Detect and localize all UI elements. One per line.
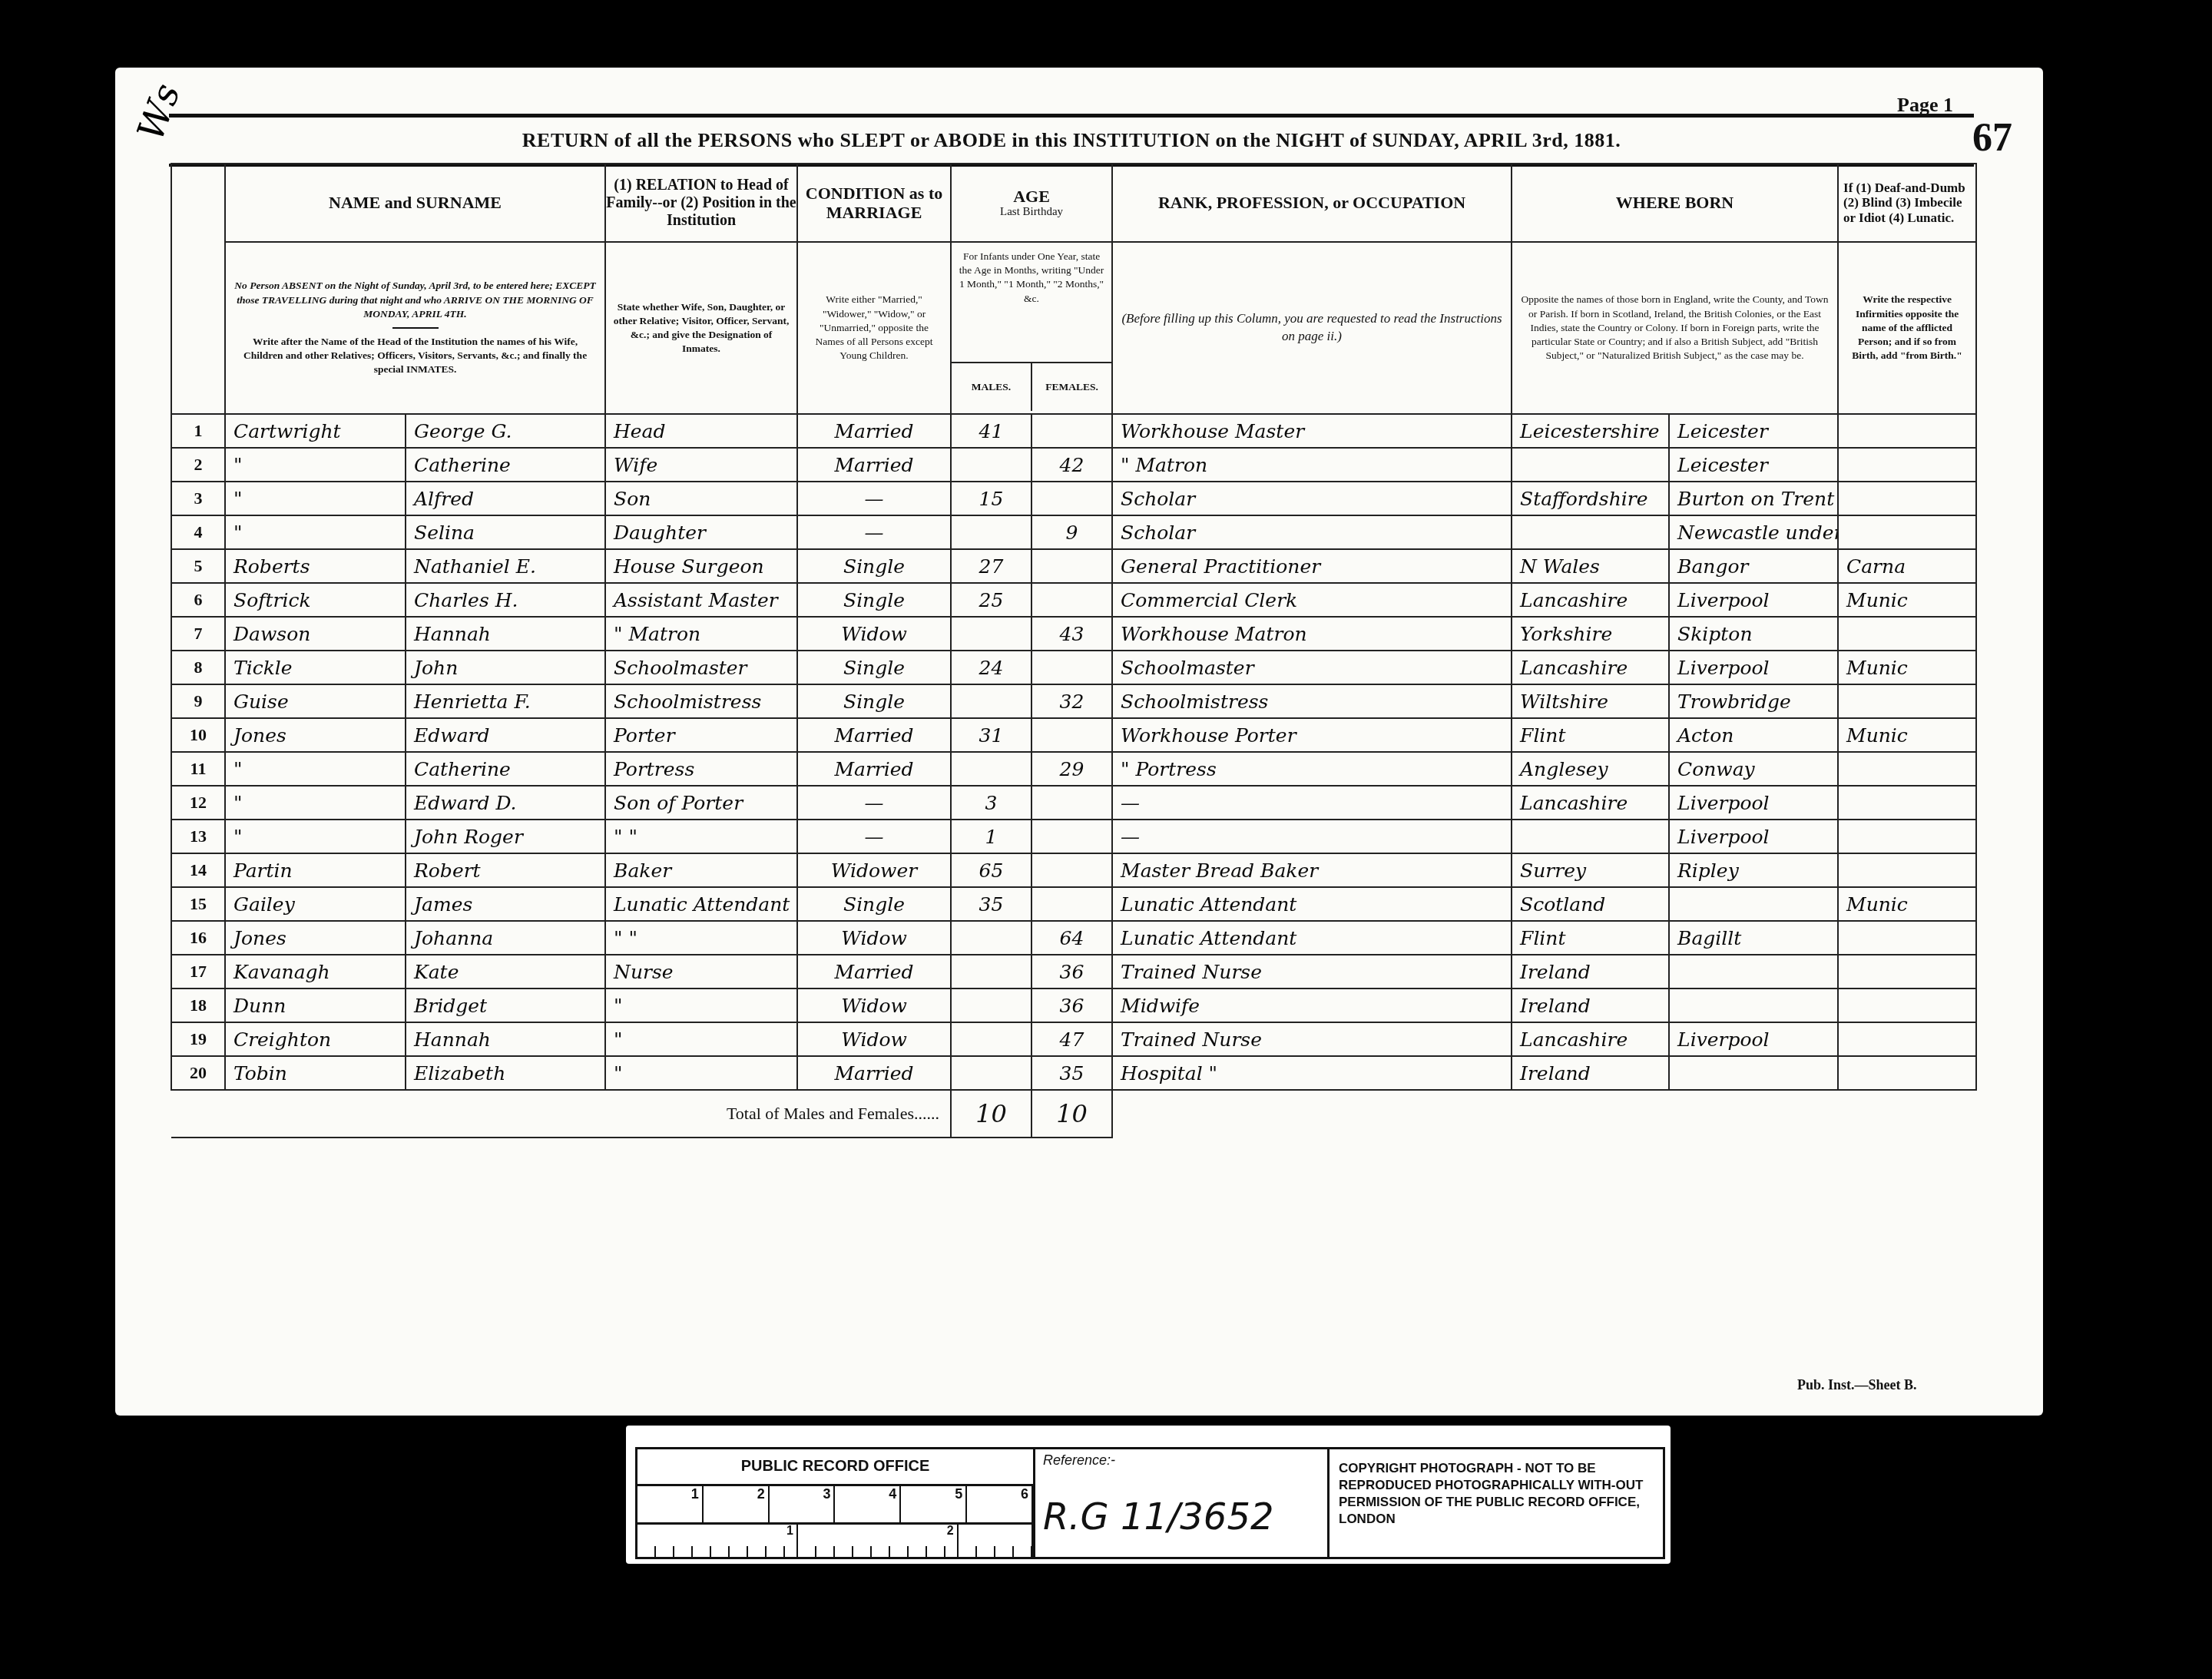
age-female-cell: 36 xyxy=(1031,955,1112,989)
surname-cell: " xyxy=(225,786,406,820)
birth-county-cell: Leicestershire xyxy=(1512,414,1669,448)
row-number: 9 xyxy=(171,684,225,718)
age-female-cell xyxy=(1031,718,1112,752)
age-female-cell: 47 xyxy=(1031,1022,1112,1056)
condition-cell: Widow xyxy=(797,617,951,651)
age-female-cell: 32 xyxy=(1031,684,1112,718)
condition-cell: — xyxy=(797,820,951,853)
infirmity-cell: Munic xyxy=(1838,718,1976,752)
condition-cell: Widow xyxy=(797,1022,951,1056)
birth-county-cell: Staffordshire xyxy=(1512,482,1669,515)
age-male-cell: 27 xyxy=(951,549,1031,583)
forename-cell: Henrietta F. xyxy=(406,684,605,718)
birth-county-cell: Lancashire xyxy=(1512,786,1669,820)
infirmity-cell xyxy=(1838,955,1976,989)
relation-cell: Son of Porter xyxy=(605,786,797,820)
scale-tick: 3 xyxy=(770,1486,836,1522)
condition-cell: — xyxy=(797,515,951,549)
occupation-cell: Trained Nurse xyxy=(1112,955,1512,989)
age-title: AGE xyxy=(952,187,1111,206)
row-number: 1 xyxy=(171,414,225,448)
infirmity-cell: Munic xyxy=(1838,583,1976,617)
forename-cell: Elizabeth xyxy=(406,1056,605,1090)
surname-cell: Dawson xyxy=(225,617,406,651)
age-female-cell: 64 xyxy=(1031,921,1112,955)
ruler-tick xyxy=(959,1525,1033,1557)
age-subtitle: Last Birthday xyxy=(952,206,1111,219)
age-male-cell xyxy=(951,684,1031,718)
age-male-cell xyxy=(951,752,1031,786)
age-female-cell: 43 xyxy=(1031,617,1112,651)
age-female-cell: 42 xyxy=(1031,448,1112,482)
surname-cell: Gailey xyxy=(225,887,406,921)
header-infirmities: If (1) Deaf-and-Dumb (2) Blind (3) Imbec… xyxy=(1838,164,1976,242)
total-females: 10 xyxy=(1031,1090,1112,1138)
table-row: 18DunnBridget"Widow36MidwifeIreland xyxy=(171,989,1976,1022)
row-number: 12 xyxy=(171,786,225,820)
surname-cell: " xyxy=(225,515,406,549)
scale-tick: 1 xyxy=(637,1486,704,1522)
occupation-cell: Hospital " xyxy=(1112,1056,1512,1090)
occupation-cell: Scholar xyxy=(1112,482,1512,515)
occupation-cell: " Matron xyxy=(1112,448,1512,482)
age-male-cell xyxy=(951,921,1031,955)
row-number: 5 xyxy=(171,549,225,583)
occupation-cell: — xyxy=(1112,786,1512,820)
instructions-age: For Infants under One Year, state the Ag… xyxy=(951,242,1112,414)
age-female-cell xyxy=(1031,853,1112,887)
condition-cell: Married xyxy=(797,718,951,752)
age-female-cell xyxy=(1031,786,1112,820)
forename-cell: James xyxy=(406,887,605,921)
age-female-cell xyxy=(1031,414,1112,448)
row-number: 3 xyxy=(171,482,225,515)
header-relation: (1) RELATION to Head of Family--or (2) P… xyxy=(605,164,797,242)
occupation-cell: Schoolmistress xyxy=(1112,684,1512,718)
instruction-age-text: For Infants under One Year, state the Ag… xyxy=(952,245,1111,362)
relation-cell: Schoolmistress xyxy=(605,684,797,718)
relation-cell: Schoolmaster xyxy=(605,651,797,684)
birth-county-cell: Ireland xyxy=(1512,989,1669,1022)
birth-county-cell xyxy=(1512,820,1669,853)
birth-town-cell: Trowbridge xyxy=(1669,684,1838,718)
birth-town-cell xyxy=(1669,955,1838,989)
instruction-name-absent: No Person ABSENT on the Night of Sunday,… xyxy=(232,279,598,321)
relation-cell: House Surgeon xyxy=(605,549,797,583)
forename-cell: George G. xyxy=(406,414,605,448)
birth-county-cell: Anglesey xyxy=(1512,752,1669,786)
age-male-cell: 25 xyxy=(951,583,1031,617)
surname-cell: Tobin xyxy=(225,1056,406,1090)
forename-cell: Catherine xyxy=(406,448,605,482)
surname-cell: Tickle xyxy=(225,651,406,684)
condition-cell: Married xyxy=(797,752,951,786)
condition-cell: Married xyxy=(797,414,951,448)
surname-cell: " xyxy=(225,820,406,853)
age-female-cell xyxy=(1031,583,1112,617)
surname-cell: Partin xyxy=(225,853,406,887)
header-age: AGE Last Birthday xyxy=(951,164,1112,242)
infirmity-cell xyxy=(1838,853,1976,887)
occupation-cell: Workhouse Master xyxy=(1112,414,1512,448)
row-number: 8 xyxy=(171,651,225,684)
table-row: 9GuiseHenrietta F.SchoolmistressSingle32… xyxy=(171,684,1976,718)
condition-cell: Widow xyxy=(797,989,951,1022)
age-female-cell: 36 xyxy=(1031,989,1112,1022)
age-male-cell: 35 xyxy=(951,887,1031,921)
table-row: 16JonesJohanna" "Widow64Lunatic Attendan… xyxy=(171,921,1976,955)
birth-county-cell: Ireland xyxy=(1512,1056,1669,1090)
age-female-cell xyxy=(1031,887,1112,921)
surname-cell: Creighton xyxy=(225,1022,406,1056)
relation-cell: Daughter xyxy=(605,515,797,549)
infirmity-cell xyxy=(1838,786,1976,820)
table-row: 2"CatherineWifeMarried42" MatronLeiceste… xyxy=(171,448,1976,482)
row-number: 19 xyxy=(171,1022,225,1056)
surname-cell: Jones xyxy=(225,921,406,955)
birth-town-cell xyxy=(1669,887,1838,921)
header-where-born: WHERE BORN xyxy=(1512,164,1838,242)
occupation-cell: Lunatic Attendant xyxy=(1112,921,1512,955)
infirmity-cell xyxy=(1838,617,1976,651)
header-condition: CONDITION as to MARRIAGE xyxy=(797,164,951,242)
birth-county-cell: Flint xyxy=(1512,921,1669,955)
header-occupation: RANK, PROFESSION, or OCCUPATION xyxy=(1112,164,1512,242)
copyright-notice: COPYRIGHT PHOTOGRAPH - NOT TO BE REPRODU… xyxy=(1330,1449,1663,1557)
birth-county-cell: Wiltshire xyxy=(1512,684,1669,718)
birth-county-cell: Lancashire xyxy=(1512,583,1669,617)
pro-scale: PUBLIC RECORD OFFICE 1 2 3 4 5 6 1 2 xyxy=(637,1449,1035,1557)
surname-cell: Kavanagh xyxy=(225,955,406,989)
condition-cell: Widower xyxy=(797,853,951,887)
forename-cell: John xyxy=(406,651,605,684)
forename-cell: John Roger xyxy=(406,820,605,853)
age-female-cell: 35 xyxy=(1031,1056,1112,1090)
relation-cell: Son xyxy=(605,482,797,515)
birth-town-cell: Bangor xyxy=(1669,549,1838,583)
row-number: 4 xyxy=(171,515,225,549)
age-female-cell xyxy=(1031,651,1112,684)
birth-county-cell: Flint xyxy=(1512,718,1669,752)
table-row: 8TickleJohnSchoolmasterSingle24Schoolmas… xyxy=(171,651,1976,684)
occupation-cell: Master Bread Baker xyxy=(1112,853,1512,887)
birth-town-cell: Leicester xyxy=(1669,448,1838,482)
condition-cell: Married xyxy=(797,955,951,989)
age-female-cell xyxy=(1031,549,1112,583)
reference-label: Reference:- xyxy=(1043,1452,1115,1469)
row-number: 16 xyxy=(171,921,225,955)
relation-cell: " xyxy=(605,1056,797,1090)
relation-cell: Portress xyxy=(605,752,797,786)
table-row: 19CreightonHannah"Widow47Trained NurseLa… xyxy=(171,1022,1976,1056)
condition-cell: Widow xyxy=(797,921,951,955)
header-name: NAME and SURNAME xyxy=(225,164,605,242)
birth-town-cell: Bagillt xyxy=(1669,921,1838,955)
birth-town-cell: Liverpool xyxy=(1669,1022,1838,1056)
forename-cell: Charles H. xyxy=(406,583,605,617)
folio-number: 67 xyxy=(1972,115,2012,161)
forename-cell: Bridget xyxy=(406,989,605,1022)
infirmity-cell xyxy=(1838,448,1976,482)
age-male-cell: 1 xyxy=(951,820,1031,853)
ruler-tick: 1 xyxy=(637,1525,798,1557)
occupation-cell: Lunatic Attendant xyxy=(1112,887,1512,921)
instructions-occupation: (Before filling up this Column, you are … xyxy=(1112,242,1512,414)
row-number: 17 xyxy=(171,955,225,989)
infirmity-cell xyxy=(1838,684,1976,718)
birth-county-cell: Yorkshire xyxy=(1512,617,1669,651)
relation-cell: Head xyxy=(605,414,797,448)
birth-town-cell: Ripley xyxy=(1669,853,1838,887)
scale-tick: 6 xyxy=(967,1486,1033,1522)
infirmity-cell xyxy=(1838,515,1976,549)
forename-cell: Edward xyxy=(406,718,605,752)
occupation-cell: General Practitioner xyxy=(1112,549,1512,583)
condition-cell: — xyxy=(797,786,951,820)
condition-cell: Single xyxy=(797,549,951,583)
instructions-relation: State whether Wife, Son, Daughter, or ot… xyxy=(605,242,797,414)
occupation-cell: Midwife xyxy=(1112,989,1512,1022)
forename-cell: Nathaniel E. xyxy=(406,549,605,583)
instructions-condition: Write either "Married," "Widower," "Wido… xyxy=(797,242,951,414)
forename-cell: Robert xyxy=(406,853,605,887)
instruction-name-order: Write after the Name of the Head of the … xyxy=(232,335,598,377)
table-row: 1CartwrightGeorge G.HeadMarried41Workhou… xyxy=(171,414,1976,448)
age-male-cell xyxy=(951,617,1031,651)
forename-cell: Selina xyxy=(406,515,605,549)
surname-cell: Guise xyxy=(225,684,406,718)
relation-cell: " " xyxy=(605,921,797,955)
birth-county-cell xyxy=(1512,448,1669,482)
surname-cell: " xyxy=(225,482,406,515)
relation-cell: Porter xyxy=(605,718,797,752)
age-female-cell xyxy=(1031,482,1112,515)
birth-town-cell xyxy=(1669,989,1838,1022)
birth-county-cell: Scotland xyxy=(1512,887,1669,921)
age-male-cell xyxy=(951,955,1031,989)
age-male-cell xyxy=(951,1056,1031,1090)
relation-cell: " xyxy=(605,989,797,1022)
table-row: 13"John Roger" "—1—Liverpool xyxy=(171,820,1976,853)
row-number: 10 xyxy=(171,718,225,752)
age-male-cell xyxy=(951,1022,1031,1056)
forename-cell: Johanna xyxy=(406,921,605,955)
surname-cell: " xyxy=(225,448,406,482)
birth-town-cell: Liverpool xyxy=(1669,651,1838,684)
document-title: RETURN of all the PERSONS who SLEPT or A… xyxy=(169,114,1974,167)
age-female-cell xyxy=(1031,820,1112,853)
condition-cell: Single xyxy=(797,651,951,684)
birth-town-cell: Leicester xyxy=(1669,414,1838,448)
birth-county-cell: Ireland xyxy=(1512,955,1669,989)
table-row: 3"AlfredSon—15ScholarStaffordshireBurton… xyxy=(171,482,1976,515)
instructions-name: No Person ABSENT on the Night of Sunday,… xyxy=(225,242,605,414)
table-row: 17KavanaghKateNurseMarried36Trained Nurs… xyxy=(171,955,1976,989)
surname-cell: Dunn xyxy=(225,989,406,1022)
ruler-tick: 2 xyxy=(798,1525,959,1557)
infirmity-cell xyxy=(1838,921,1976,955)
age-male-cell: 41 xyxy=(951,414,1031,448)
infirmity-cell xyxy=(1838,1056,1976,1090)
pro-scale-bottom: 1 2 xyxy=(637,1525,1033,1557)
occupation-cell: Schoolmaster xyxy=(1112,651,1512,684)
birth-town-cell: Liverpool xyxy=(1669,820,1838,853)
row-number: 6 xyxy=(171,583,225,617)
table-row: 15GaileyJamesLunatic AttendantSingle35Lu… xyxy=(171,887,1976,921)
birth-county-cell: N Wales xyxy=(1512,549,1669,583)
birth-county-cell: Lancashire xyxy=(1512,1022,1669,1056)
forename-cell: Hannah xyxy=(406,1022,605,1056)
scale-tick: 2 xyxy=(704,1486,770,1522)
birth-town-cell: Burton on Trent xyxy=(1669,482,1838,515)
relation-cell: " Matron xyxy=(605,617,797,651)
table-row: 14PartinRobertBakerWidower65Master Bread… xyxy=(171,853,1976,887)
age-male-cell: 15 xyxy=(951,482,1031,515)
row-number: 18 xyxy=(171,989,225,1022)
forename-cell: Hannah xyxy=(406,617,605,651)
table-row: 6SoftrickCharles H.Assistant MasterSingl… xyxy=(171,583,1976,617)
pro-scale-top: 1 2 3 4 5 6 xyxy=(637,1486,1033,1525)
occupation-cell: Scholar xyxy=(1112,515,1512,549)
rownum-header xyxy=(171,164,225,414)
condition-cell: — xyxy=(797,482,951,515)
condition-cell: Single xyxy=(797,887,951,921)
condition-cell: Single xyxy=(797,684,951,718)
table-row: 4"SelinaDaughter—9ScholarNewcastle under… xyxy=(171,515,1976,549)
form-reference: Pub. Inst.—Sheet B. xyxy=(1797,1377,1917,1393)
age-female-cell: 29 xyxy=(1031,752,1112,786)
table-row: 5RobertsNathaniel E.House SurgeonSingle2… xyxy=(171,549,1976,583)
males-subheader: MALES. xyxy=(952,363,1032,411)
condition-cell: Single xyxy=(797,583,951,617)
surname-cell: Cartwright xyxy=(225,414,406,448)
occupation-cell: Workhouse Porter xyxy=(1112,718,1512,752)
condition-cell: Married xyxy=(797,1056,951,1090)
infirmity-cell xyxy=(1838,414,1976,448)
infirmity-cell xyxy=(1838,820,1976,853)
age-male-cell: 31 xyxy=(951,718,1031,752)
infirmity-cell xyxy=(1838,752,1976,786)
birth-town-cell: Liverpool xyxy=(1669,583,1838,617)
table-row: 20TobinElizabeth"Married35Hospital "Irel… xyxy=(171,1056,1976,1090)
forename-cell: Catherine xyxy=(406,752,605,786)
forename-cell: Alfred xyxy=(406,482,605,515)
birth-town-cell xyxy=(1669,1056,1838,1090)
relation-cell: Assistant Master xyxy=(605,583,797,617)
birth-county-cell: Surrey xyxy=(1512,853,1669,887)
row-number: 20 xyxy=(171,1056,225,1090)
surname-cell: " xyxy=(225,752,406,786)
row-number: 11 xyxy=(171,752,225,786)
infirmity-cell xyxy=(1838,1022,1976,1056)
surname-cell: Jones xyxy=(225,718,406,752)
table-row: 12"Edward D.Son of Porter—3—LancashireLi… xyxy=(171,786,1976,820)
table-row: 10JonesEdwardPorterMarried31Workhouse Po… xyxy=(171,718,1976,752)
row-number: 14 xyxy=(171,853,225,887)
birth-town-cell: Newcastle under Lyme xyxy=(1669,515,1838,549)
birth-county-cell xyxy=(1512,515,1669,549)
row-number: 13 xyxy=(171,820,225,853)
infirmity-cell: Munic xyxy=(1838,887,1976,921)
age-male-cell xyxy=(951,515,1031,549)
birth-county-cell: Lancashire xyxy=(1512,651,1669,684)
totals-label: Total of Males and Females...... xyxy=(171,1090,951,1138)
occupation-cell: Workhouse Matron xyxy=(1112,617,1512,651)
infirmity-cell xyxy=(1838,989,1976,1022)
forename-cell: Edward D. xyxy=(406,786,605,820)
relation-cell: " " xyxy=(605,820,797,853)
birth-town-cell: Acton xyxy=(1669,718,1838,752)
forename-cell: Kate xyxy=(406,955,605,989)
row-number: 7 xyxy=(171,617,225,651)
age-male-cell xyxy=(951,448,1031,482)
table-row: 11"CatherinePortressMarried29" PortressA… xyxy=(171,752,1976,786)
row-number: 2 xyxy=(171,448,225,482)
scale-tick: 5 xyxy=(901,1486,967,1522)
row-number: 15 xyxy=(171,887,225,921)
age-male-cell: 24 xyxy=(951,651,1031,684)
relation-cell: Nurse xyxy=(605,955,797,989)
census-table: NAME and SURNAME (1) RELATION to Head of… xyxy=(171,163,1977,1138)
birth-town-cell: Liverpool xyxy=(1669,786,1838,820)
surname-cell: Softrick xyxy=(225,583,406,617)
reference-value: R.G 11/3652 xyxy=(1043,1495,1273,1538)
age-male-cell xyxy=(951,989,1031,1022)
scale-tick: 4 xyxy=(835,1486,901,1522)
relation-cell: Baker xyxy=(605,853,797,887)
condition-cell: Married xyxy=(797,448,951,482)
public-record-office-card: PUBLIC RECORD OFFICE 1 2 3 4 5 6 1 2 Ref… xyxy=(626,1426,1671,1564)
table-row: 7DawsonHannah" MatronWidow43Workhouse Ma… xyxy=(171,617,1976,651)
birth-town-cell: Conway xyxy=(1669,752,1838,786)
occupation-cell: Trained Nurse xyxy=(1112,1022,1512,1056)
pro-title: PUBLIC RECORD OFFICE xyxy=(637,1449,1033,1486)
females-subheader: FEMALES. xyxy=(1032,363,1111,411)
age-male-cell: 3 xyxy=(951,786,1031,820)
occupation-cell: — xyxy=(1112,820,1512,853)
relation-cell: " xyxy=(605,1022,797,1056)
relation-cell: Lunatic Attendant xyxy=(605,887,797,921)
surname-cell: Roberts xyxy=(225,549,406,583)
pro-reference: Reference:- R.G 11/3652 xyxy=(1035,1449,1330,1557)
birth-town-cell: Skipton xyxy=(1669,617,1838,651)
age-male-cell: 65 xyxy=(951,853,1031,887)
infirmity-cell: Munic xyxy=(1838,651,1976,684)
occupation-cell: " Portress xyxy=(1112,752,1512,786)
relation-cell: Wife xyxy=(605,448,797,482)
occupation-cell: Commercial Clerk xyxy=(1112,583,1512,617)
instructions-infirmities: Write the respective Infirmities opposit… xyxy=(1838,242,1976,414)
infirmity-cell xyxy=(1838,482,1976,515)
age-female-cell: 9 xyxy=(1031,515,1112,549)
total-males: 10 xyxy=(951,1090,1031,1138)
instructions-where-born: Opposite the names of those born in Engl… xyxy=(1512,242,1838,414)
infirmity-cell: Carna xyxy=(1838,549,1976,583)
